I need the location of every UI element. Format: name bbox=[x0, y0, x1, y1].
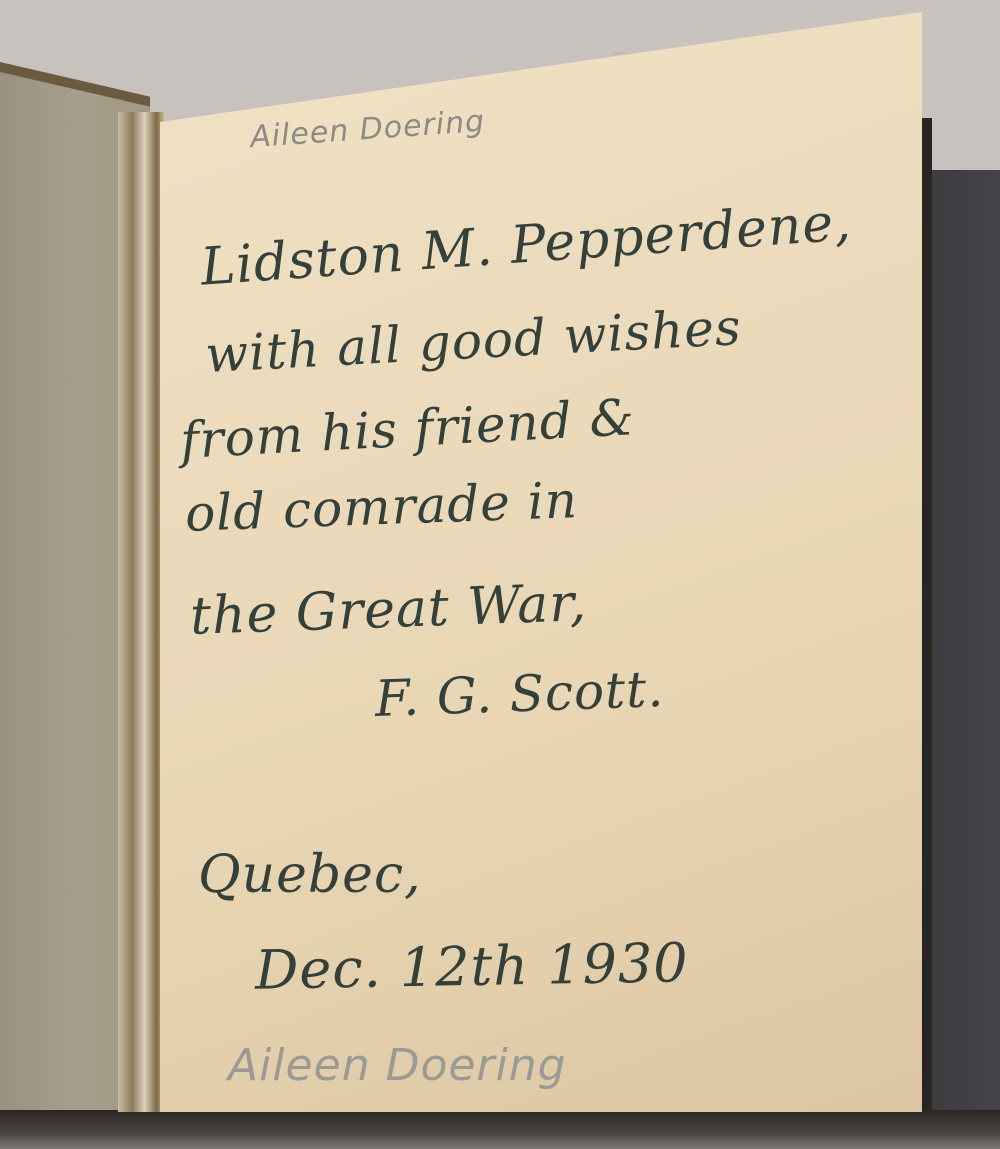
book-gutter bbox=[118, 112, 166, 1112]
pencil-faint-mark: ~ bbox=[612, 46, 625, 62]
background-shadow bbox=[930, 170, 1000, 1149]
date-line: Dec. 12th 1930 bbox=[254, 931, 689, 1002]
signature: F. G. Scott. bbox=[374, 660, 665, 728]
pencil-name-bottom: Aileen Doering bbox=[228, 1040, 567, 1091]
place-line: Quebec, bbox=[198, 845, 422, 905]
table-shadow bbox=[0, 1110, 1000, 1149]
